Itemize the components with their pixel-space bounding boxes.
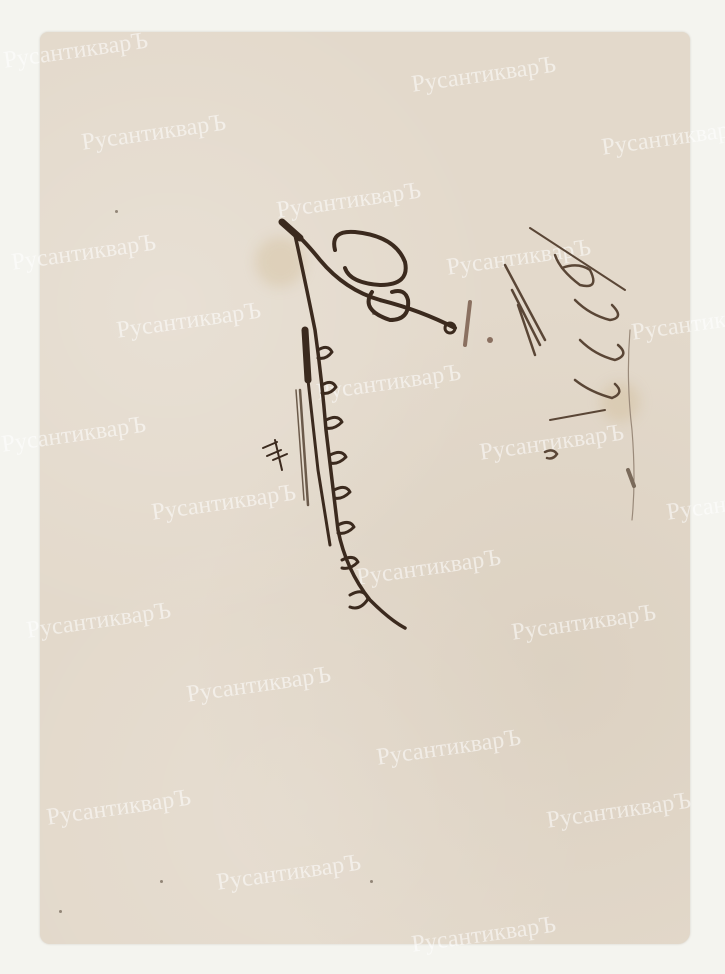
signature-strokes — [263, 222, 455, 628]
handwritten-inscription — [0, 0, 725, 974]
date-strokes — [465, 228, 634, 520]
